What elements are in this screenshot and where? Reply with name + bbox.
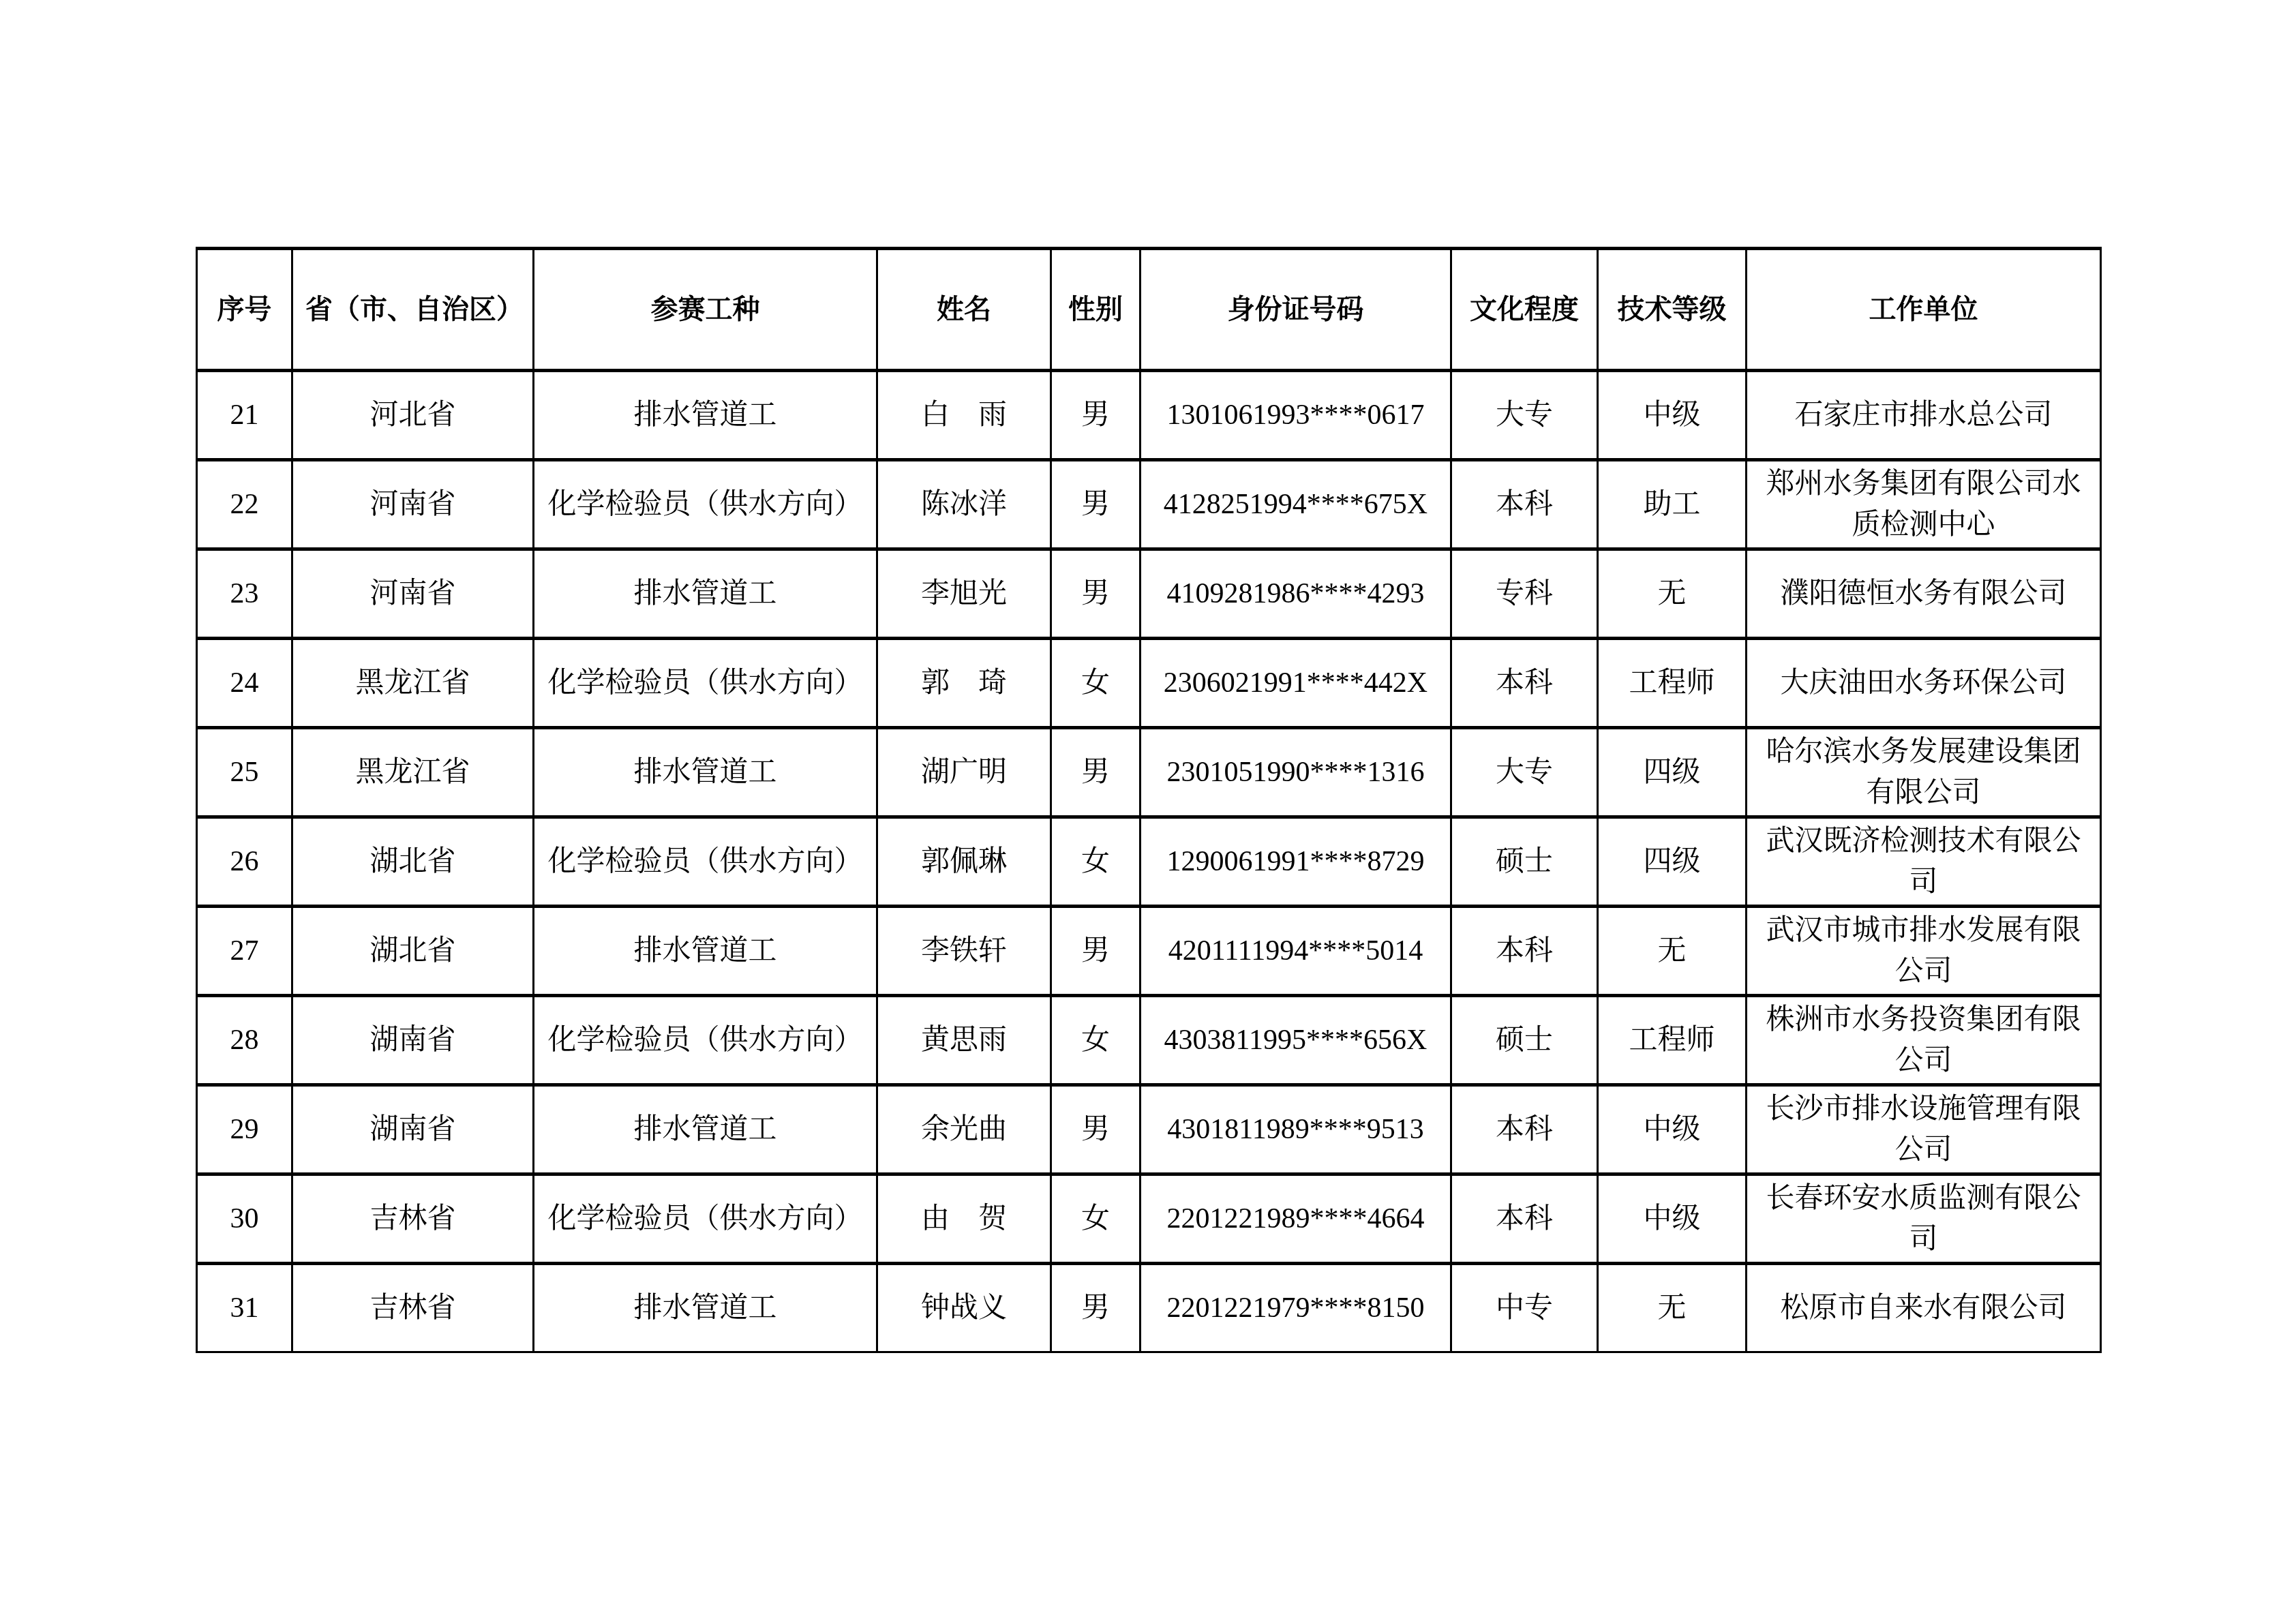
cell-level: 工程师 (1598, 996, 1747, 1085)
cell-level: 中级 (1598, 371, 1747, 460)
cell-level: 工程师 (1598, 639, 1747, 728)
cell-level: 无 (1598, 907, 1747, 996)
cell-province: 湖北省 (292, 907, 534, 996)
cell-id: 2306021991****442X (1141, 639, 1451, 728)
table-row: 21 河北省 排水管道工 白 雨 男 1301061993****0617 大专… (197, 371, 2101, 460)
cell-unit: 武汉既济检测技术有限公司 (1747, 817, 2101, 907)
cell-level: 无 (1598, 549, 1747, 639)
cell-trade: 排水管道工 (534, 371, 877, 460)
cell-trade: 化学检验员（供水方向） (534, 817, 877, 907)
cell-level: 助工 (1598, 460, 1747, 549)
cell-education: 大专 (1451, 728, 1598, 817)
table-row: 26 湖北省 化学检验员（供水方向） 郭佩琳 女 1290061991****8… (197, 817, 2101, 907)
cell-sex: 男 (1051, 1264, 1141, 1352)
cell-province: 湖南省 (292, 996, 534, 1085)
cell-unit: 郑州水务集团有限公司水质检测中心 (1747, 460, 2101, 549)
cell-sex: 男 (1051, 728, 1141, 817)
table-row: 28 湖南省 化学检验员（供水方向） 黄思雨 女 4303811995****6… (197, 996, 2101, 1085)
cell-education: 大专 (1451, 371, 1598, 460)
cell-no: 24 (197, 639, 292, 728)
header-sex: 性别 (1051, 249, 1141, 371)
cell-name: 湖广明 (877, 728, 1051, 817)
table-row: 27 湖北省 排水管道工 李铁轩 男 4201111994****5014 本科… (197, 907, 2101, 996)
cell-unit: 长沙市排水设施管理有限公司 (1747, 1085, 2101, 1174)
cell-id: 1290061991****8729 (1141, 817, 1451, 907)
header-trade: 参赛工种 (534, 249, 877, 371)
cell-education: 硕士 (1451, 817, 1598, 907)
header-row: 序号 省（市、自治区） 参赛工种 姓名 性别 身份证号码 文化程度 技术等级 工… (197, 249, 2101, 371)
table-row: 31 吉林省 排水管道工 钟战义 男 2201221979****8150 中专… (197, 1264, 2101, 1352)
header-province: 省（市、自治区） (292, 249, 534, 371)
cell-no: 21 (197, 371, 292, 460)
cell-trade: 排水管道工 (534, 549, 877, 639)
cell-id: 2201221979****8150 (1141, 1264, 1451, 1352)
cell-id: 1301061993****0617 (1141, 371, 1451, 460)
cell-trade: 化学检验员（供水方向） (534, 460, 877, 549)
cell-trade: 化学检验员（供水方向） (534, 1174, 877, 1264)
cell-province: 湖北省 (292, 817, 534, 907)
table-row: 22 河南省 化学检验员（供水方向） 陈冰洋 男 4128251994****6… (197, 460, 2101, 549)
cell-name: 李铁轩 (877, 907, 1051, 996)
table-row: 24 黑龙江省 化学检验员（供水方向） 郭 琦 女 2306021991****… (197, 639, 2101, 728)
cell-education: 中专 (1451, 1264, 1598, 1352)
participant-table: 序号 省（市、自治区） 参赛工种 姓名 性别 身份证号码 文化程度 技术等级 工… (196, 247, 2102, 1353)
cell-education: 本科 (1451, 1174, 1598, 1264)
cell-sex: 男 (1051, 549, 1141, 639)
cell-name: 郭佩琳 (877, 817, 1051, 907)
cell-sex: 男 (1051, 1085, 1141, 1174)
cell-education: 硕士 (1451, 996, 1598, 1085)
cell-trade: 排水管道工 (534, 1085, 877, 1174)
cell-province: 吉林省 (292, 1264, 534, 1352)
cell-province: 吉林省 (292, 1174, 534, 1264)
cell-trade: 排水管道工 (534, 728, 877, 817)
cell-name: 黄思雨 (877, 996, 1051, 1085)
table-row: 25 黑龙江省 排水管道工 湖广明 男 2301051990****1316 大… (197, 728, 2101, 817)
cell-trade: 化学检验员（供水方向） (534, 996, 877, 1085)
header-name: 姓名 (877, 249, 1051, 371)
cell-name: 陈冰洋 (877, 460, 1051, 549)
cell-sex: 女 (1051, 1174, 1141, 1264)
cell-education: 专科 (1451, 549, 1598, 639)
cell-no: 25 (197, 728, 292, 817)
header-unit: 工作单位 (1747, 249, 2101, 371)
cell-province: 河北省 (292, 371, 534, 460)
cell-no: 28 (197, 996, 292, 1085)
cell-id: 4303811995****656X (1141, 996, 1451, 1085)
cell-name: 钟战义 (877, 1264, 1051, 1352)
cell-education: 本科 (1451, 907, 1598, 996)
cell-id: 2301051990****1316 (1141, 728, 1451, 817)
cell-no: 22 (197, 460, 292, 549)
cell-name: 由 贺 (877, 1174, 1051, 1264)
cell-unit: 长春环安水质监测有限公司 (1747, 1174, 2101, 1264)
cell-id: 4128251994****675X (1141, 460, 1451, 549)
cell-no: 31 (197, 1264, 292, 1352)
cell-province: 湖南省 (292, 1085, 534, 1174)
cell-sex: 男 (1051, 460, 1141, 549)
cell-name: 李旭光 (877, 549, 1051, 639)
cell-education: 本科 (1451, 1085, 1598, 1174)
cell-level: 四级 (1598, 728, 1747, 817)
cell-no: 23 (197, 549, 292, 639)
cell-id: 2201221989****4664 (1141, 1174, 1451, 1264)
cell-sex: 男 (1051, 371, 1141, 460)
cell-no: 29 (197, 1085, 292, 1174)
cell-education: 本科 (1451, 460, 1598, 549)
cell-name: 郭 琦 (877, 639, 1051, 728)
cell-unit: 大庆油田水务环保公司 (1747, 639, 2101, 728)
cell-level: 中级 (1598, 1174, 1747, 1264)
cell-sex: 女 (1051, 996, 1141, 1085)
cell-unit: 松原市自来水有限公司 (1747, 1264, 2101, 1352)
cell-sex: 女 (1051, 639, 1141, 728)
cell-province: 河南省 (292, 549, 534, 639)
cell-unit: 武汉市城市排水发展有限公司 (1747, 907, 2101, 996)
table-row: 30 吉林省 化学检验员（供水方向） 由 贺 女 2201221989****4… (197, 1174, 2101, 1264)
cell-sex: 男 (1051, 907, 1141, 996)
header-education: 文化程度 (1451, 249, 1598, 371)
cell-province: 河南省 (292, 460, 534, 549)
cell-unit: 株洲市水务投资集团有限公司 (1747, 996, 2101, 1085)
cell-trade: 化学检验员（供水方向） (534, 639, 877, 728)
cell-no: 26 (197, 817, 292, 907)
cell-level: 中级 (1598, 1085, 1747, 1174)
cell-province: 黑龙江省 (292, 639, 534, 728)
header-no: 序号 (197, 249, 292, 371)
cell-unit: 石家庄市排水总公司 (1747, 371, 2101, 460)
cell-level: 无 (1598, 1264, 1747, 1352)
cell-name: 白 雨 (877, 371, 1051, 460)
cell-id: 4301811989****9513 (1141, 1085, 1451, 1174)
cell-level: 四级 (1598, 817, 1747, 907)
cell-trade: 排水管道工 (534, 1264, 877, 1352)
cell-unit: 哈尔滨水务发展建设集团有限公司 (1747, 728, 2101, 817)
cell-trade: 排水管道工 (534, 907, 877, 996)
cell-no: 27 (197, 907, 292, 996)
cell-name: 余光曲 (877, 1085, 1051, 1174)
header-id: 身份证号码 (1141, 249, 1451, 371)
cell-id: 4201111994****5014 (1141, 907, 1451, 996)
cell-province: 黑龙江省 (292, 728, 534, 817)
cell-no: 30 (197, 1174, 292, 1264)
cell-sex: 女 (1051, 817, 1141, 907)
cell-unit: 濮阳德恒水务有限公司 (1747, 549, 2101, 639)
table-row: 29 湖南省 排水管道工 余光曲 男 4301811989****9513 本科… (197, 1085, 2101, 1174)
header-level: 技术等级 (1598, 249, 1747, 371)
table-row: 23 河南省 排水管道工 李旭光 男 4109281986****4293 专科… (197, 549, 2101, 639)
cell-id: 4109281986****4293 (1141, 549, 1451, 639)
cell-education: 本科 (1451, 639, 1598, 728)
